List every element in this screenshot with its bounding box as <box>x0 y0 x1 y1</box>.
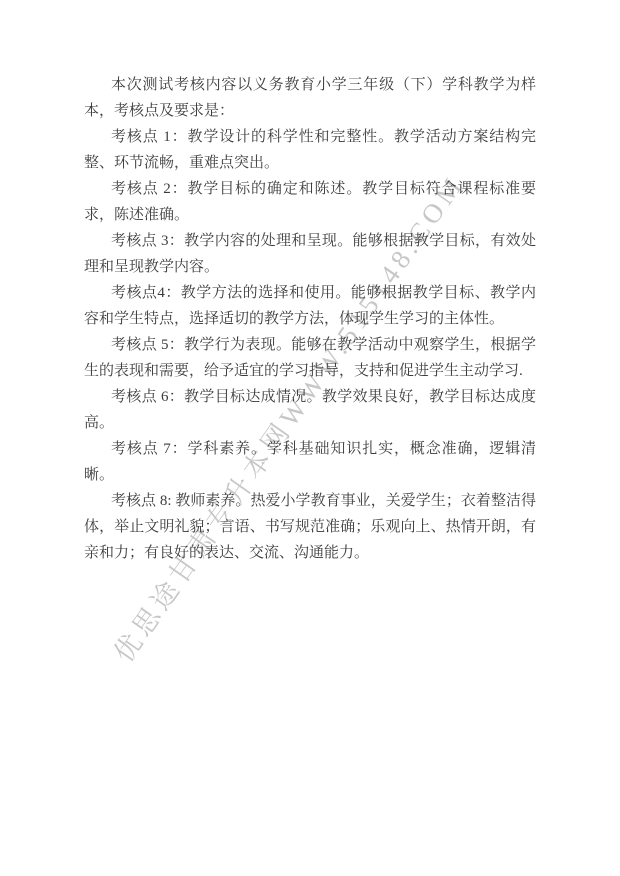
paragraph: 考核点4：教学方法的选择和使用。能够根据教学目标、教学内容和学生特点，选择适切的… <box>84 280 536 332</box>
paragraph: 考核点 1：教学设计的科学性和完整性。教学活动方案结构完整、环节流畅，重难点突出… <box>84 124 536 176</box>
paragraph: 考核点 6：教学目标达成情况。教学效果良好，教学目标达成度高。 <box>84 384 536 436</box>
document-page: 优思途甘肃专升本网WWW.515148.COM 本次测试考核内容以义务教育小学三… <box>0 0 620 876</box>
paragraph: 本次测试考核内容以义务教育小学三年级（下）学科教学为样本，考核点及要求是： <box>84 72 536 124</box>
paragraph: 考核点 7：学科素养。学科基础知识扎实，概念准确，逻辑清晰。 <box>84 436 536 488</box>
paragraph: 考核点 8: 教师素养。热爱小学教育事业，关爱学生；衣着整洁得体，举止文明礼貌；… <box>84 488 536 566</box>
paragraph: 考核点 5：教学行为表现。能够在教学活动中观察学生，根据学生的表现和需要，给予适… <box>84 332 536 384</box>
paragraph: 考核点 2：教学目标的确定和陈述。教学目标符合课程标准要求，陈述准确。 <box>84 176 536 228</box>
document-body: 本次测试考核内容以义务教育小学三年级（下）学科教学为样本，考核点及要求是：考核点… <box>84 72 536 566</box>
paragraph: 考核点 3：教学内容的处理和呈现。能够根据教学目标，有效处理和呈现教学内容。 <box>84 228 536 280</box>
